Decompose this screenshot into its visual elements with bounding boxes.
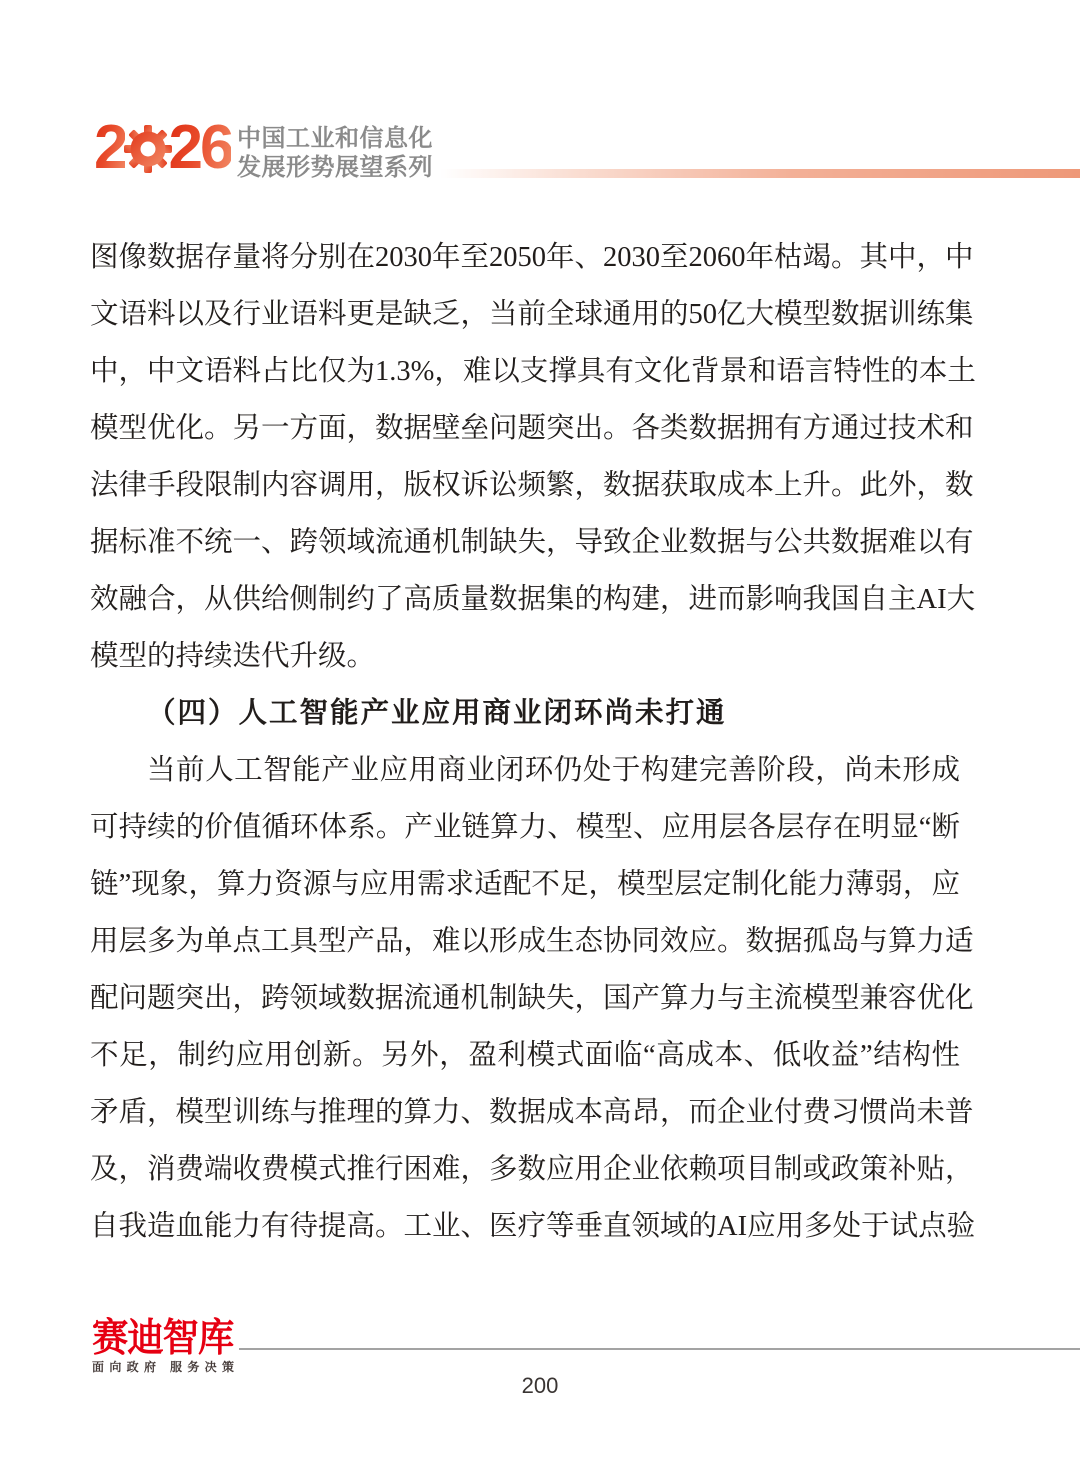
text-line: 用层多为单点工具型产品，难以形成生态协同效应。数据孤岛与算力适	[90, 913, 960, 970]
text-line: 链”现象，算力资源与应用需求适配不足，模型层定制化能力薄弱，应	[90, 856, 960, 913]
text-line: 据标准不统一、跨领域流通机制缺失，导致企业数据与公共数据难以有	[90, 514, 960, 571]
text-line: 矛盾，模型训练与推理的算力、数据成本高昂，而企业付费习惯尚未普	[90, 1084, 960, 1141]
section-heading: （四）人工智能产业应用商业闭环尚未打通	[90, 685, 960, 742]
text-line: 可持续的价值循环体系。产业链算力、模型、应用层各层存在明显“断	[90, 799, 960, 856]
paragraph: 图像数据存量将分别在2030年至2050年、2030至2060年枯竭。其中，中文…	[90, 229, 960, 685]
paragraph: 当前人工智能产业应用商业闭环仍处于构建完善阶段，尚未形成可持续的价值循环体系。产…	[90, 742, 960, 1255]
document-body: 图像数据存量将分别在2030年至2050年、2030至2060年枯竭。其中，中文…	[90, 229, 960, 1255]
logo-digit-2: 2	[94, 118, 125, 178]
series-logo-2026: 2	[94, 118, 231, 178]
document-page: 2	[0, 0, 1080, 1466]
text-line: 配问题突出，跨领域数据流通机制缺失，国产算力与主流模型兼容优化	[90, 970, 960, 1027]
page-number: 200	[0, 1373, 1080, 1399]
ccid-logo: 赛迪智库	[92, 1320, 233, 1358]
text-line: 不足，制约应用创新。另外，盈利模式面临“高成本、低收益”结构性	[90, 1027, 960, 1084]
gear-icon	[123, 124, 173, 174]
text-line: 中，中文语料占比仅为1.3%，难以支撑具有文化背景和语言特性的本土	[90, 343, 960, 400]
text-line: 当前人工智能产业应用商业闭环仍处于构建完善阶段，尚未形成	[90, 742, 960, 799]
text-line: 效融合，从供给侧制约了高质量数据集的构建，进而影响我国自主AI大	[90, 571, 960, 628]
text-line: 图像数据存量将分别在2030年至2050年、2030至2060年枯竭。其中，中	[90, 229, 960, 286]
logo-digits-26: 26	[168, 118, 231, 178]
series-title-line1: 中国工业和信息化	[237, 124, 433, 153]
series-title: 中国工业和信息化 发展形势展望系列	[237, 124, 433, 182]
text-line: 模型优化。另一方面，数据壁垒问题突出。各类数据拥有方通过技术和	[90, 400, 960, 457]
footer-rule	[239, 1348, 1080, 1350]
text-line: 自我造血能力有待提高。工业、医疗等垂直领域的AI应用多处于试点验	[90, 1198, 960, 1255]
series-title-line2: 发展形势展望系列	[237, 153, 433, 182]
text-line: 法律手段限制内容调用，版权诉讼频繁，数据获取成本上升。此外，数	[90, 457, 960, 514]
text-line: 及，消费端收费模式推行困难，多数应用企业依赖项目制或政策补贴，	[90, 1141, 960, 1198]
text-line: 模型的持续迭代升级。	[90, 628, 960, 685]
header-gradient-rule	[440, 169, 1080, 178]
text-line: 文语料以及行业语料更是缺乏，当前全球通用的50亿大模型数据训练集	[90, 286, 960, 343]
